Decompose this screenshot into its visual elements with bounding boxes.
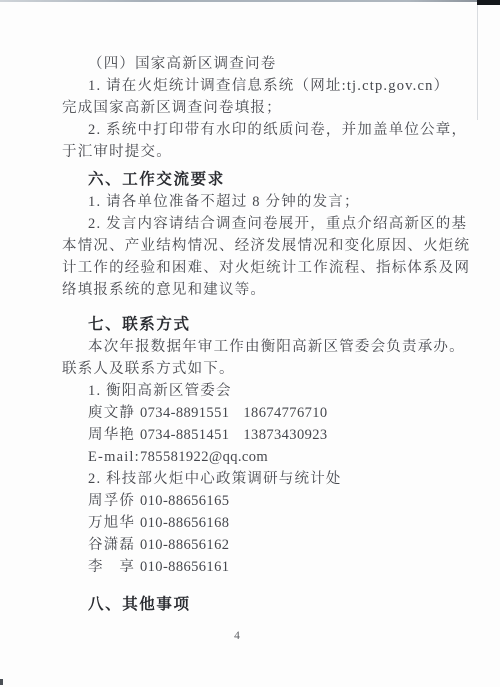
text-line: 联系人及联系方式如下。 [62,358,444,380]
contact-number: 0734-8891551 [140,402,229,424]
contact-name: 李 享 [88,556,140,578]
text-line: 计工作的经验和困难、对火炬统计工作流程、指标体系及网 [62,257,444,279]
contact-name: 万旭华 [88,512,140,534]
contact-number: 010-88656161 [140,556,229,578]
contact-number: 010-88656162 [140,534,229,556]
scan-artifact-top-edge [0,0,479,2]
text-line: 1. 衡阳高新区管委会 [62,380,444,402]
contact-number: 18674776710 [243,402,327,424]
scan-artifact-right-edge-line [477,5,478,120]
text-line: 本情况、产业结构情况、经济发展情况和变化原因、火炬统 [62,235,444,257]
contact-row: 庾文静0734-889155118674776710 [62,402,444,424]
text-line: 络填报系统的意见和建议等。 [62,279,444,301]
text-line: 1. 请在火炬统计调查信息系统（网址:tj.ctp.gov.cn） [62,75,444,97]
section-heading: 六、工作交流要求 [62,169,444,191]
text-line: 于汇审时提交。 [62,141,444,163]
section-heading: 七、联系方式 [62,314,444,336]
contact-row: 周华艳0734-885145113873430923 [62,424,444,446]
contact-number: 785581922@qq.com [140,446,268,468]
scan-artifact-top-right-corner [477,0,500,5]
contact-number: 13873430923 [243,424,327,446]
contact-row: E-mail:785581922@qq.com [62,446,444,468]
text-line: 2. 系统中打印带有水印的纸质问卷，并加盖单位公章， [62,119,444,141]
contact-name: 庾文静 [88,402,140,424]
contact-number: 0734-8851451 [140,424,229,446]
text-line: 1. 请各单位准备不超过 8 分钟的发言； [62,191,444,213]
contact-name: 周孚侨 [88,490,140,512]
contact-name: E-mail: [88,446,140,468]
page-number: 4 [62,630,412,642]
contact-number: 010-88656168 [140,512,229,534]
text-line: 完成国家高新区调查问卷填报； [62,97,444,119]
contact-name: 谷潇磊 [88,534,140,556]
contact-row: 李 享010-88656161 [62,556,444,578]
text-line: 本次年报数据年审工作由衡阳高新区管委会负责承办。 [62,336,444,358]
contact-row: 万旭华010-88656168 [62,512,444,534]
scan-artifact-bottom-left-mark [0,679,3,685]
section-heading: 八、其他事项 [62,594,444,616]
contact-row: 周孚侨010-88656165 [62,490,444,512]
text-line: 2. 发言内容请结合调查问卷展开，重点介绍高新区的基 [62,213,444,235]
contact-number: 010-88656165 [140,490,229,512]
text-line: （四）国家高新区调查问卷 [62,53,444,75]
contact-row: 谷潇磊010-88656162 [62,534,444,556]
contact-name: 周华艳 [88,424,140,446]
scanned-document-page: （四）国家高新区调查问卷1. 请在火炬统计调查信息系统（网址:tj.ctp.go… [0,0,500,687]
text-line: 2. 科技部火炬中心政策调研与统计处 [62,468,444,490]
document-body: （四）国家高新区调查问卷1. 请在火炬统计调查信息系统（网址:tj.ctp.go… [62,53,444,616]
